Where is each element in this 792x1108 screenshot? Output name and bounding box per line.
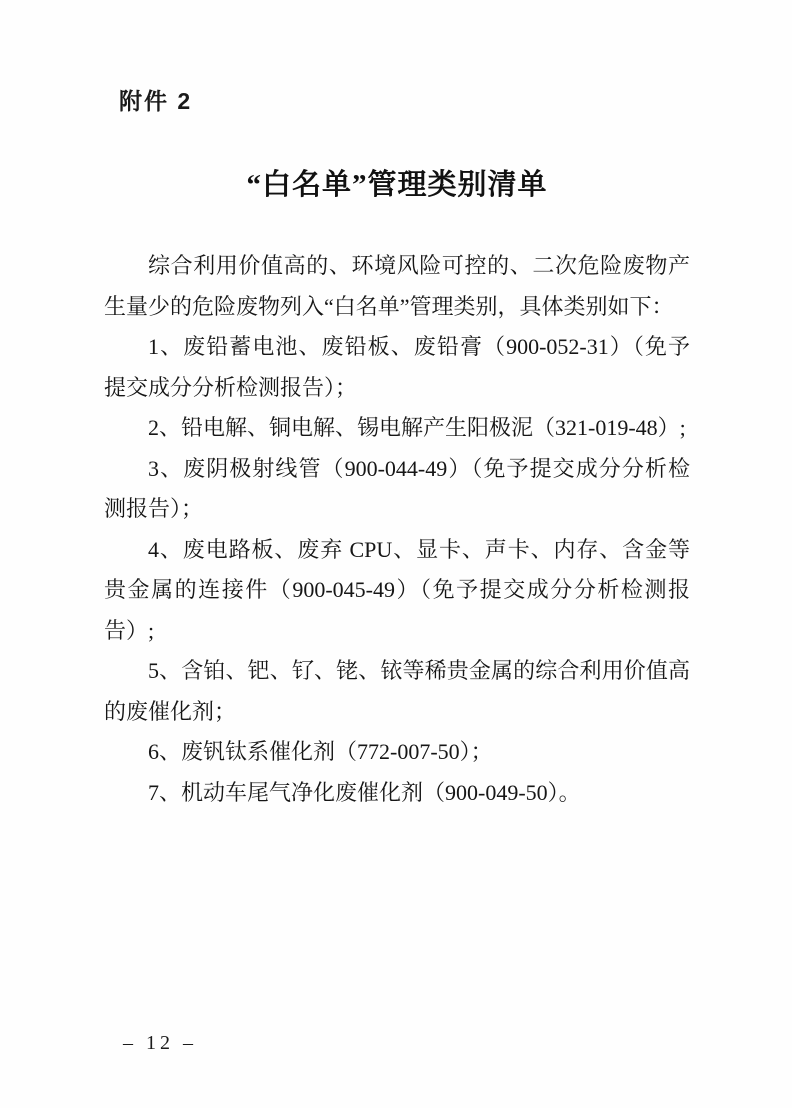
document-title: “白名单”管理类别清单	[104, 165, 690, 205]
intro-paragraph: 综合利用价值高的、环境风险可控的、二次危险废物产生量少的危险废物列入“白名单”管…	[104, 246, 690, 327]
document-page: 附件 2 “白名单”管理类别清单 综合利用价值高的、环境风险可控的、二次危险废物…	[0, 0, 792, 1108]
list-item-2: 2、铅电解、铜电解、锡电解产生阳极泥（321-019-48）;	[104, 408, 690, 449]
list-item-5: 5、含铂、钯、钌、铑、铱等稀贵金属的综合利用价值高的废催化剂；	[104, 651, 690, 732]
list-item-7: 7、机动车尾气净化废催化剂（900-049-50）。	[104, 773, 690, 814]
list-item-6: 6、废钒钛系催化剂（772-007-50）；	[104, 732, 690, 773]
document-body: 综合利用价值高的、环境风险可控的、二次危险废物产生量少的危险废物列入“白名单”管…	[104, 246, 690, 813]
list-item-1: 1、废铅蓄电池、废铅板、废铅膏（900-052-31）（免予提交成分分析检测报告…	[104, 327, 690, 408]
attachment-label: 附件 2	[119, 86, 690, 116]
list-item-3: 3、废阴极射线管（900-044-49）（免予提交成分分析检测报告）；	[104, 449, 690, 530]
page-number: – 12 –	[123, 1032, 197, 1055]
list-item-4: 4、废电路板、废弃 CPU、显卡、声卡、内存、含金等贵金属的连接件（900-04…	[104, 530, 690, 652]
